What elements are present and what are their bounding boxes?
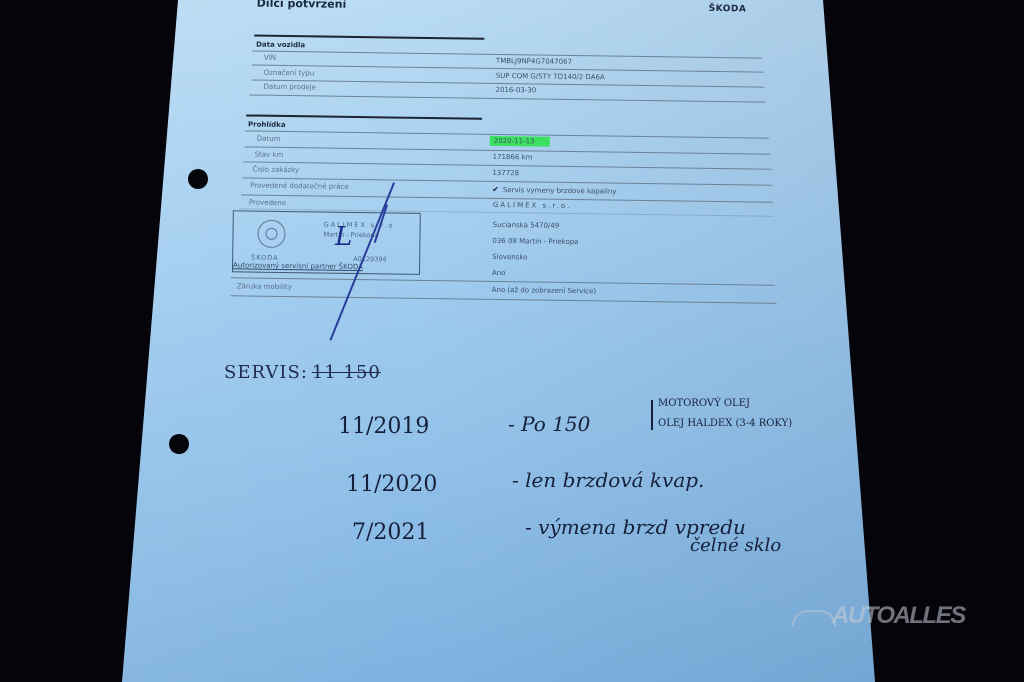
row-divider: [231, 295, 777, 304]
label-type: Označení typu: [264, 69, 315, 78]
value-vin: TMBLJ9NP4G7047067: [496, 57, 572, 66]
document-title: Dílčí potvrzení: [257, 0, 347, 11]
section-divider: [254, 35, 484, 40]
label-date: Datum: [257, 135, 281, 143]
entry-text: - Po 150: [508, 412, 590, 436]
label-order-number: Číslo zakázky: [252, 166, 299, 175]
signature: L: [335, 222, 352, 252]
value-order-number: 137728: [492, 169, 519, 177]
car-outline-icon: [792, 610, 836, 626]
printed-document: Dílčí potvrzení ŠKODA Data vozidla VIN T…: [0, 0, 1024, 682]
value-authorized: Ano: [492, 269, 506, 277]
skoda-logo-icon: [257, 220, 285, 248]
entry-date: 7/2021: [352, 520, 429, 545]
value-sale-date: 2016-03-30: [495, 86, 536, 95]
entry-date: 11/2020: [346, 472, 437, 497]
value-performed-by: GALIMEX s.r.o.: [493, 201, 571, 210]
entry-text: - len brzdová kvap.: [512, 468, 704, 492]
label-performed-by: Provedeno: [249, 198, 286, 207]
row-divider: [249, 94, 765, 102]
note-separator: [651, 400, 653, 430]
servis-label: SERVIS:: [224, 362, 308, 383]
watermark-logo: AUTOALLES: [832, 602, 965, 630]
struck-text: 11 150: [312, 362, 381, 383]
value-address-country: Slovensko: [492, 253, 527, 261]
dealer-stamp: GALIMEX s.r.o. Martin - Priekopa ŠKODA A…: [232, 210, 421, 275]
section-title-vehicle: Data vozidla: [256, 41, 305, 50]
entry-note: čelné sklo: [690, 535, 781, 556]
value-address-street: Sucianska 5470/49: [493, 221, 560, 230]
value-address-city: 036 08 Martin - Priekopa: [492, 237, 578, 246]
additional-work-text: Servis vymeny brzdove kapaliny: [503, 186, 617, 196]
value-additional-work: ✔Servis vymeny brzdove kapaliny: [492, 185, 616, 196]
entry-note: OLEJ HALDEX (3-4 ROKY): [658, 418, 792, 429]
checkmark-icon: ✔: [492, 185, 499, 194]
entry-date: 11/2019: [338, 414, 429, 439]
label-vin: VIN: [264, 54, 276, 62]
section-divider: [246, 114, 482, 119]
entry-note: MOTOROVÝ OLEJ: [658, 398, 750, 409]
authorized-partner-label: Autorizovaný servisní partner ŠKODA: [233, 261, 363, 271]
section-title-inspection: Prohlídka: [248, 120, 286, 129]
value-date: 2020-11-13: [494, 137, 535, 146]
brand-logo-text: ŠKODA: [709, 4, 747, 15]
label-mobility: Záruka mobility: [237, 282, 292, 291]
handwritten-heading: SERVIS:11 150: [224, 362, 381, 383]
value-mileage: 171866 km: [493, 153, 533, 162]
value-type: SUP COM G/STY TD140/2 DA6A: [496, 72, 605, 82]
row-divider: [231, 277, 775, 286]
label-mileage: Stav km: [255, 151, 284, 159]
label-additional-work: Provedené dodatečné práce: [250, 182, 348, 191]
label-sale-date: Datum prodeje: [264, 83, 316, 92]
value-mobility: Ano (až do zobrazení Service): [492, 286, 596, 295]
